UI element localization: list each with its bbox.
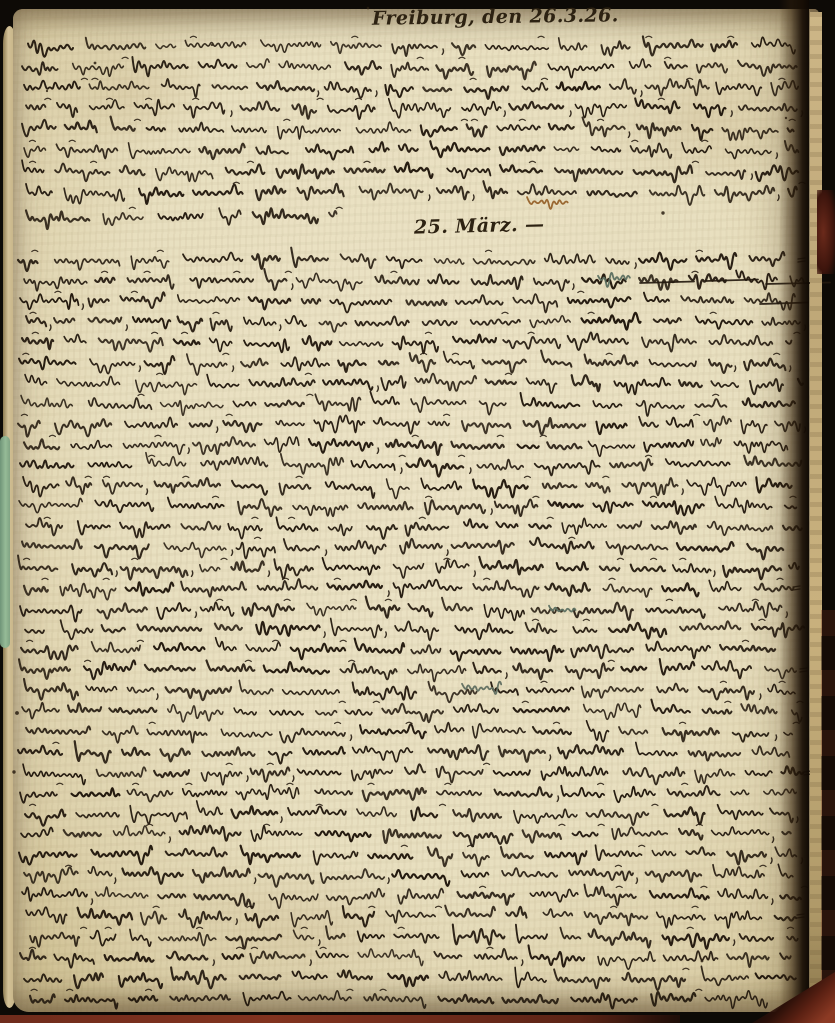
ink-speck — [15, 711, 19, 715]
ink-speck — [785, 117, 787, 119]
book-cover-bottom-edge — [0, 1015, 680, 1023]
ink-speck — [211, 44, 213, 46]
ink-speck — [367, 7, 370, 10]
handwriting-body — [0, 0, 835, 1023]
ink-speck — [661, 211, 664, 214]
header-date: Freiburg, den 26.3.26. — [372, 4, 619, 29]
binding-red-streaks — [821, 610, 835, 1000]
entry-date-heading: 25. März. — — [414, 213, 545, 238]
ink-speck — [12, 770, 15, 773]
ink-speck — [94, 62, 97, 65]
ink-speck — [46, 90, 48, 92]
scanned-diary-page: Freiburg, den 26.3.26. 25. März. — — [0, 0, 835, 1023]
ink-speck — [701, 960, 704, 963]
binding-red-mark — [817, 190, 835, 274]
